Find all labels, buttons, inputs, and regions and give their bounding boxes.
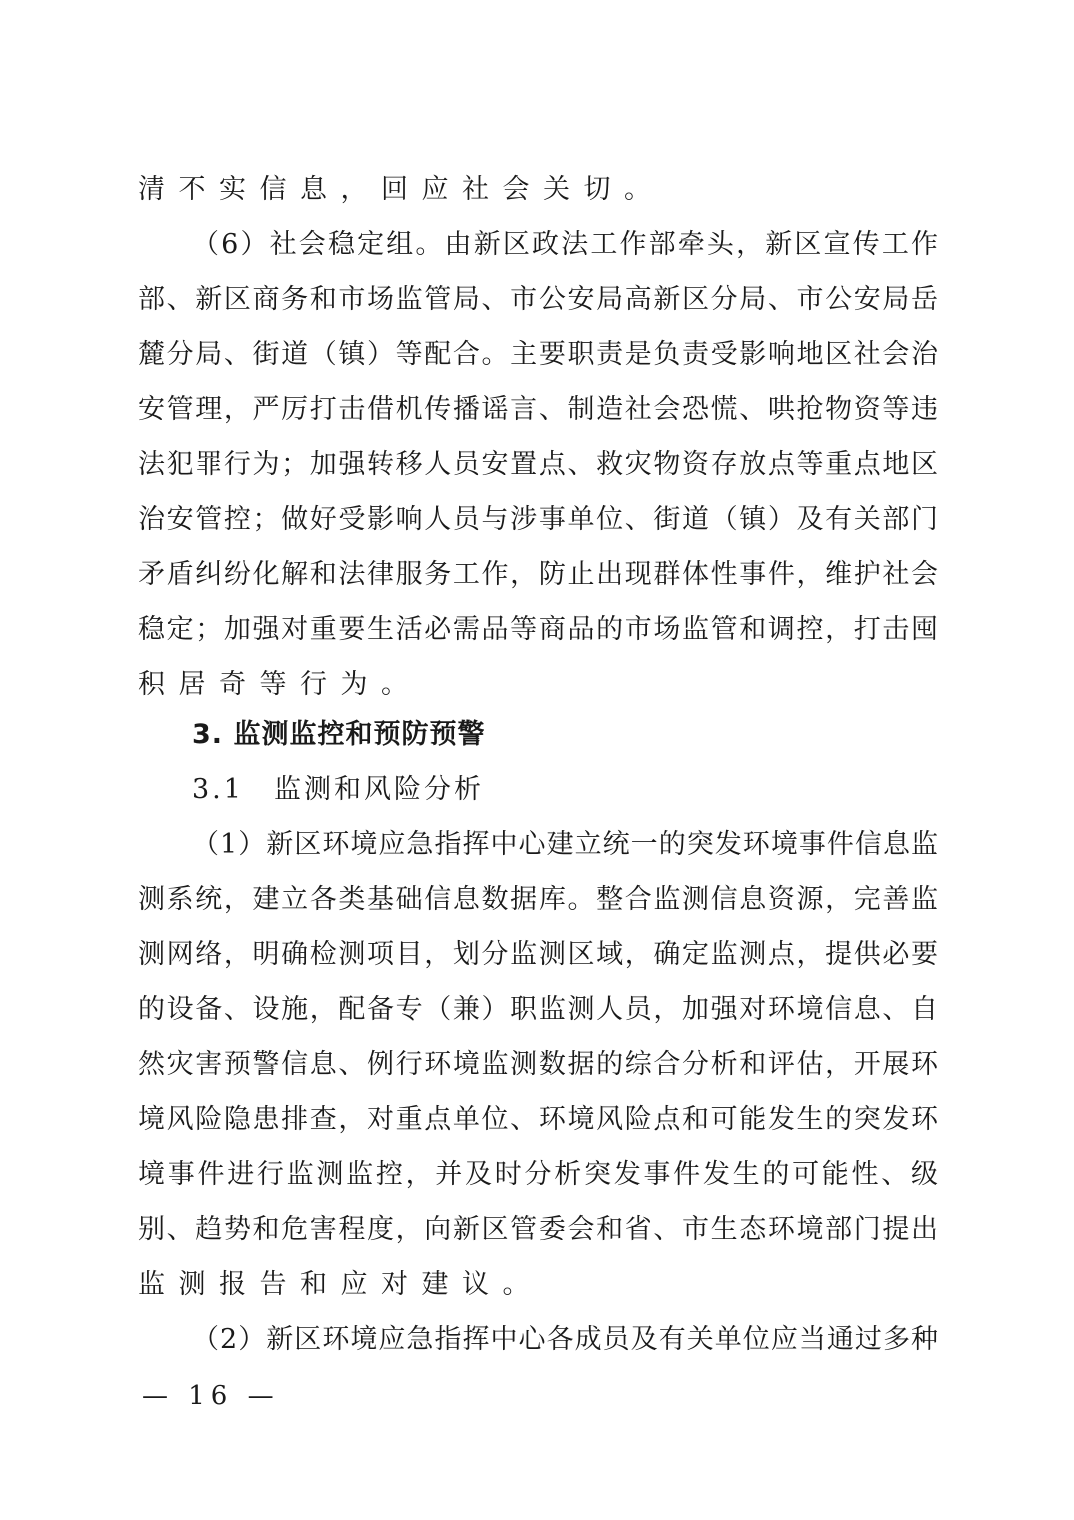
paragraph-line: 稳定；加强对重要生活必需品等商品的市场监管和调控，打击囤 bbox=[138, 610, 938, 650]
paragraph-line: 然灾害预警信息、例行环境监测数据的综合分析和评估，开展环 bbox=[138, 1045, 938, 1085]
paragraph-line: 境事件进行监测监控，并及时分析突发事件发生的可能性、级 bbox=[138, 1155, 938, 1195]
paragraph-line: 境风险隐患排查，对重点单位、环境风险点和可能发生的突发环 bbox=[138, 1100, 938, 1140]
paragraph-line: 矛盾纠纷化解和法律服务工作，防止出现群体性事件，维护社会 bbox=[138, 555, 938, 595]
section-heading: 3. 监测监控和预防预警 bbox=[192, 715, 485, 755]
paragraph-line: （6）社会稳定组。由新区政法工作部牵头，新区宣传工作 bbox=[192, 225, 938, 265]
paragraph-line: 法犯罪行为；加强转移人员安置点、救灾物资存放点等重点地区 bbox=[138, 445, 938, 485]
subsection-heading: 3.1 监测和风险分析 bbox=[192, 770, 484, 810]
paragraph-line: 别、趋势和危害程度，向新区管委会和省、市生态环境部门提出 bbox=[138, 1210, 938, 1250]
document-page: 清不实信息，回应社会关切。 （6）社会稳定组。由新区政法工作部牵头，新区宣传工作… bbox=[0, 0, 1074, 1520]
paragraph-line: 治安管控；做好受影响人员与涉事单位、街道（镇）及有关部门 bbox=[138, 500, 938, 540]
paragraph-line: 积居奇等行为。 bbox=[138, 665, 938, 705]
paragraph-line: 麓分局、街道（镇）等配合。主要职责是负责受影响地区社会治 bbox=[138, 335, 938, 375]
paragraph-line: （1）新区环境应急指挥中心建立统一的突发环境事件信息监 bbox=[192, 825, 938, 865]
paragraph-line: 测系统，建立各类基础信息数据库。整合监测信息资源，完善监 bbox=[138, 880, 938, 920]
paragraph-line: 清不实信息，回应社会关切。 bbox=[138, 170, 938, 210]
paragraph-line: 部、新区商务和市场监管局、市公安局高新区分局、市公安局岳 bbox=[138, 280, 938, 320]
paragraph-line: 安管理，严厉打击借机传播谣言、制造社会恐慌、哄抢物资等违 bbox=[138, 390, 938, 430]
page-number: — 16 — bbox=[142, 1378, 280, 1414]
paragraph-line: 测网络，明确检测项目，划分监测区域，确定监测点，提供必要 bbox=[138, 935, 938, 975]
paragraph-line: 的设备、设施，配备专（兼）职监测人员，加强对环境信息、自 bbox=[138, 990, 938, 1030]
paragraph-line: （2）新区环境应急指挥中心各成员及有关单位应当通过多种 bbox=[192, 1320, 938, 1360]
paragraph-line: 监测报告和应对建议。 bbox=[138, 1265, 938, 1305]
